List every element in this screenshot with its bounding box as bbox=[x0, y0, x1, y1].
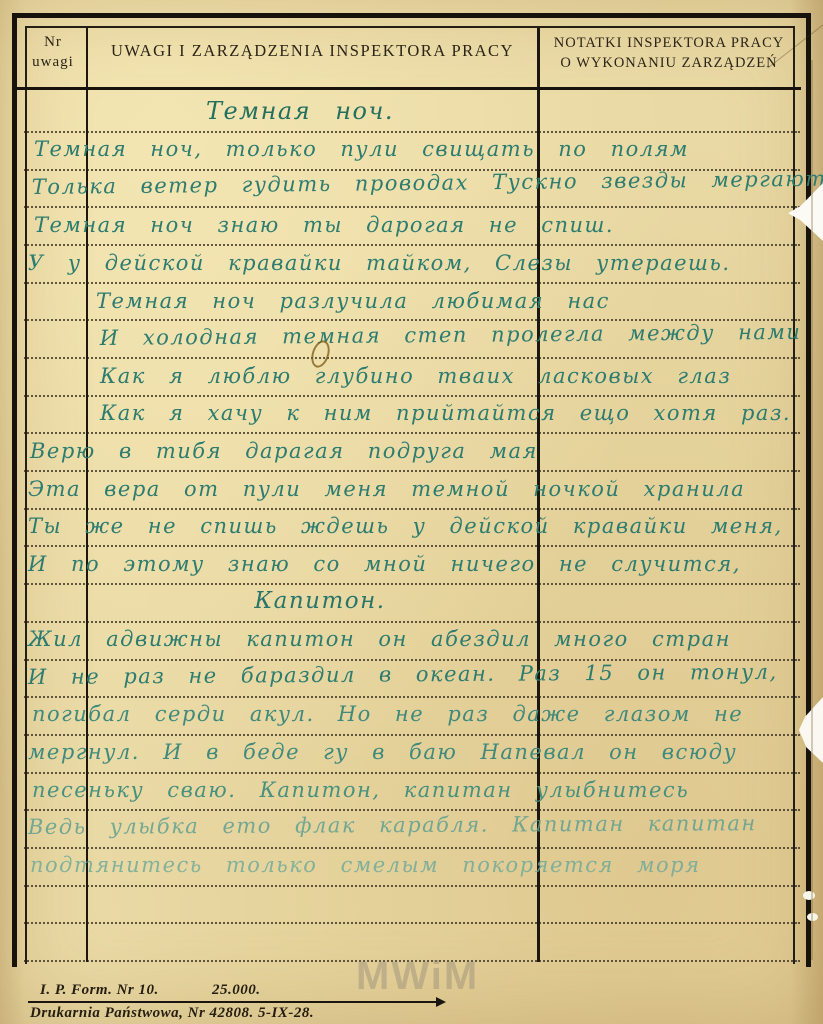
header-nr-line2: uwagi bbox=[20, 52, 86, 72]
handwritten-line: Темная ноч знаю ты дарогая не спиш. bbox=[34, 210, 614, 240]
handwritten-line: мергнул. И в беде гу в баю Напевал он вс… bbox=[28, 737, 737, 767]
handwritten-line: И по этому знаю со мной ничего не случит… bbox=[28, 549, 741, 579]
header-notes-line2: O WYKONANIU ZARZĄDZEŃ bbox=[540, 53, 798, 73]
handwritten-song-title-2: Капитон. bbox=[170, 586, 470, 616]
header-nr-line1: Nr bbox=[20, 32, 86, 52]
handwritten-line: Ведь улыбка ето флак карабля. Капитан ка… bbox=[28, 808, 757, 842]
handwritten-line: И холодная темная степ пролегла между на… bbox=[100, 317, 802, 353]
paper-crease-vertical bbox=[811, 60, 813, 960]
handwritten-line: Ты же не спишь ждешь у дейской кравайки … bbox=[28, 511, 783, 541]
handwritten-line: У у дейской кравайки тайком, Слезы утера… bbox=[28, 248, 731, 278]
header-cell-notes: NOTATKI INSPEKTORA PRACY O WYKONANIU ZAR… bbox=[540, 33, 798, 73]
header-notes-line1: NOTATKI INSPEKTORA PRACY bbox=[540, 33, 798, 53]
print-run: 25.000. bbox=[212, 982, 261, 999]
header-cell-remarks: UWAGI I ZARZĄDZENIA INSPEKTORA PRACY bbox=[90, 41, 535, 61]
handwritten-line: Темная ноч разлучила любимая нас bbox=[96, 286, 610, 316]
handwritten-line: Как я хачу к ним прийтайтся ещо хотя раз… bbox=[100, 398, 791, 428]
handwritten-line: подтянитесь только смелым покоряется мор… bbox=[30, 850, 701, 880]
handwritten-line: Эта вера от пули меня темной ночкой хран… bbox=[28, 474, 745, 504]
handwritten-line: Жил адвижны капитон он абездил много стр… bbox=[28, 624, 731, 654]
handwritten-song-title: Темная ноч. bbox=[140, 96, 460, 126]
printer-imprint: Drukarnia Państwowa, Nr 42808. 5-IX-28. bbox=[30, 1005, 314, 1022]
form-number: I. P. Form. Nr 10. bbox=[40, 982, 159, 999]
handwritten-line: песеньку сваю. Капитон, капитан улыбните… bbox=[32, 775, 689, 805]
footer-rule-line bbox=[28, 1001, 438, 1003]
header-separator-line bbox=[14, 87, 801, 90]
handwritten-line: И не раз не бараздил в океан. Раз 15 он … bbox=[28, 657, 778, 692]
handwritten-line: Верю в тибя дарагая подруга мая bbox=[30, 436, 538, 466]
archive-watermark: MWiM bbox=[356, 954, 479, 999]
paper-nick bbox=[803, 891, 815, 900]
handwritten-line: погибал серди акул. Но не раз даже глазо… bbox=[32, 699, 743, 729]
header-cell-nr: Nr uwagi bbox=[20, 32, 86, 72]
scanned-form-page: Nr uwagi UWAGI I ZARZĄDZENIA INSPEKTORA … bbox=[0, 0, 823, 1024]
handwritten-line: Как я люблю глубино тваих ласковых глаз bbox=[100, 361, 731, 391]
handwritten-line: Темная ноч, только пули свищать по полям bbox=[34, 134, 689, 164]
